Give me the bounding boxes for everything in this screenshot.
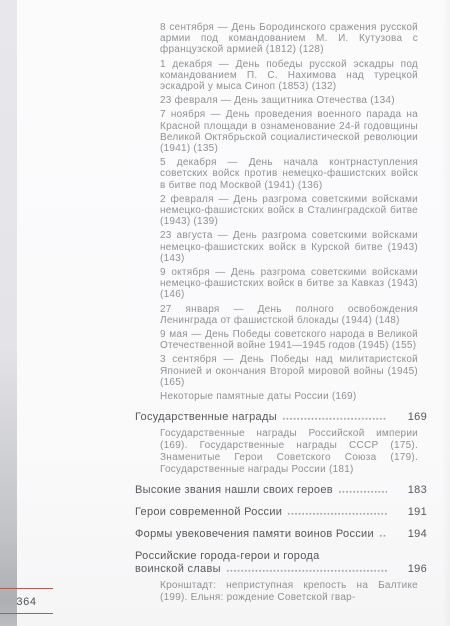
toc-sub-entries: Государственные награды Российской импер…: [160, 428, 418, 475]
toc-section-high-titles: Высокие звания нашли своих героев 183: [135, 484, 427, 497]
toc-date-entry: 23 августа — День разгрома советскими во…: [160, 230, 418, 264]
toc-date-entry: 8 сентября — День Бородинского сражения …: [160, 22, 418, 56]
toc-date-entry: 1 декабря — День победы русской эскадры …: [160, 59, 418, 93]
toc-entry-label: Государственные награды: [135, 411, 277, 424]
toc-entry-page: 183: [397, 484, 427, 497]
dotted-leader: [226, 563, 387, 572]
toc-date-entry: 9 мая — День Победы советского народа в …: [160, 329, 418, 351]
toc-section-hero-cities: Российские города-герои и города воинско…: [135, 550, 427, 604]
toc-entry-page: 194: [397, 528, 427, 541]
toc-section-modern-heroes: Герои современной России 191: [135, 506, 427, 519]
dotted-leader: [379, 528, 387, 537]
book-page: { "page": { "footer_page_number": "364",…: [0, 0, 450, 626]
toc-entry: воинской славы 196: [135, 563, 427, 576]
toc-entry-label-line1: Российские города-герои и города: [135, 550, 427, 563]
toc-date-entry: 2 февраля — День разгрома советскими вой…: [160, 194, 418, 228]
toc-date-entry: Некоторые памятные даты России (169): [160, 391, 418, 402]
toc-section-memory-forms: Формы увековечения памяти воинов России …: [135, 528, 427, 541]
toc-date-entry: 9 октября — День разгрома советскими вой…: [160, 267, 418, 301]
toc-entry-label: Формы увековечения памяти воинов России: [135, 528, 374, 541]
toc-entry: Высокие звания нашли своих героев 183: [135, 484, 427, 497]
dotted-leader: [338, 484, 387, 493]
toc-date-entry: 27 января — День полного освобождения Ле…: [160, 304, 418, 326]
table-of-contents: 8 сентября — День Бородинского сражения …: [135, 22, 427, 604]
toc-entry: Формы увековечения памяти воинов России …: [135, 528, 427, 541]
toc-entry-label: Высокие звания нашли своих героев: [135, 484, 333, 497]
memorable-dates-list: 8 сентября — День Бородинского сражения …: [160, 22, 418, 402]
page-footer: 364: [0, 588, 53, 614]
toc-sub-entries: Кронштадт: неприступная крепость на Балт…: [160, 580, 418, 604]
toc-entry: Герои современной России 191: [135, 506, 427, 519]
dotted-leader: [282, 411, 387, 420]
toc-section-state-awards: Государственные награды 169 Государствен…: [135, 411, 427, 475]
page-edge-right-shadow: [442, 0, 450, 626]
toc-date-entry: 7 ноября — День проведения военного пара…: [160, 109, 418, 154]
toc-entry-page: 191: [397, 506, 427, 519]
page-edge-shadow: [0, 0, 17, 626]
toc-entry: Государственные награды 169: [135, 411, 427, 424]
toc-entry-page: 169: [397, 411, 427, 424]
toc-date-entry: 3 сентября — День Победы над милитаристс…: [160, 354, 418, 388]
toc-entry-label: воинской славы: [135, 563, 221, 576]
toc-entry-label: Герои современной России: [135, 506, 282, 519]
toc-entry-page: 196: [397, 563, 427, 576]
dotted-leader: [287, 506, 387, 515]
toc-date-entry: 23 февраля — День защитника Отечества (1…: [160, 95, 418, 106]
toc-date-entry: 5 декабря — День начала контрнаступления…: [160, 157, 418, 191]
footer-page-number: 364: [16, 596, 36, 608]
